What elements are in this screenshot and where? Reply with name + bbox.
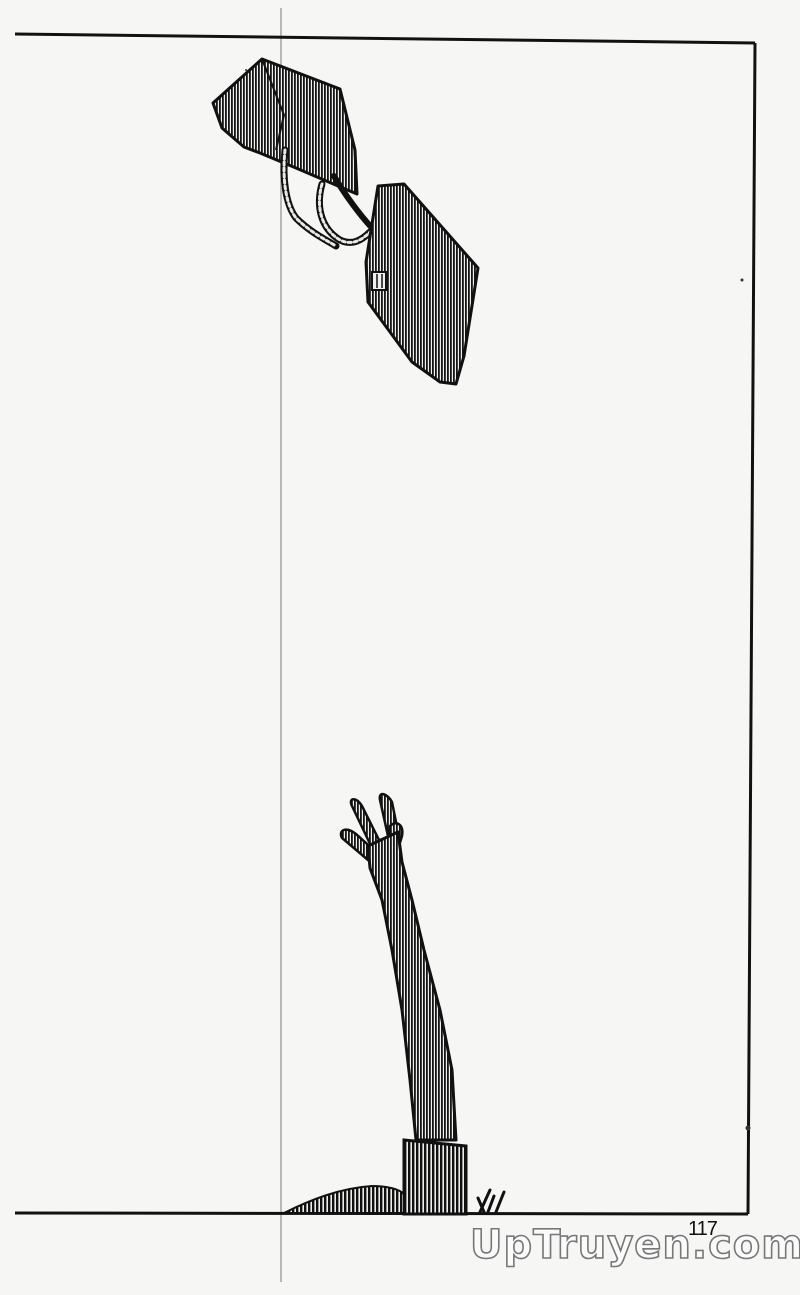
panel-artwork: [0, 0, 800, 1295]
grass-tuft: [478, 1190, 504, 1212]
ground-mound: [284, 1186, 404, 1213]
manga-page: 117 UpTruyen.com: [0, 0, 800, 1295]
raised-arm: [341, 794, 466, 1214]
scan-specks: [245, 69, 751, 1131]
falling-bag: [213, 59, 478, 384]
watermark: UpTruyen.com: [470, 1222, 800, 1268]
